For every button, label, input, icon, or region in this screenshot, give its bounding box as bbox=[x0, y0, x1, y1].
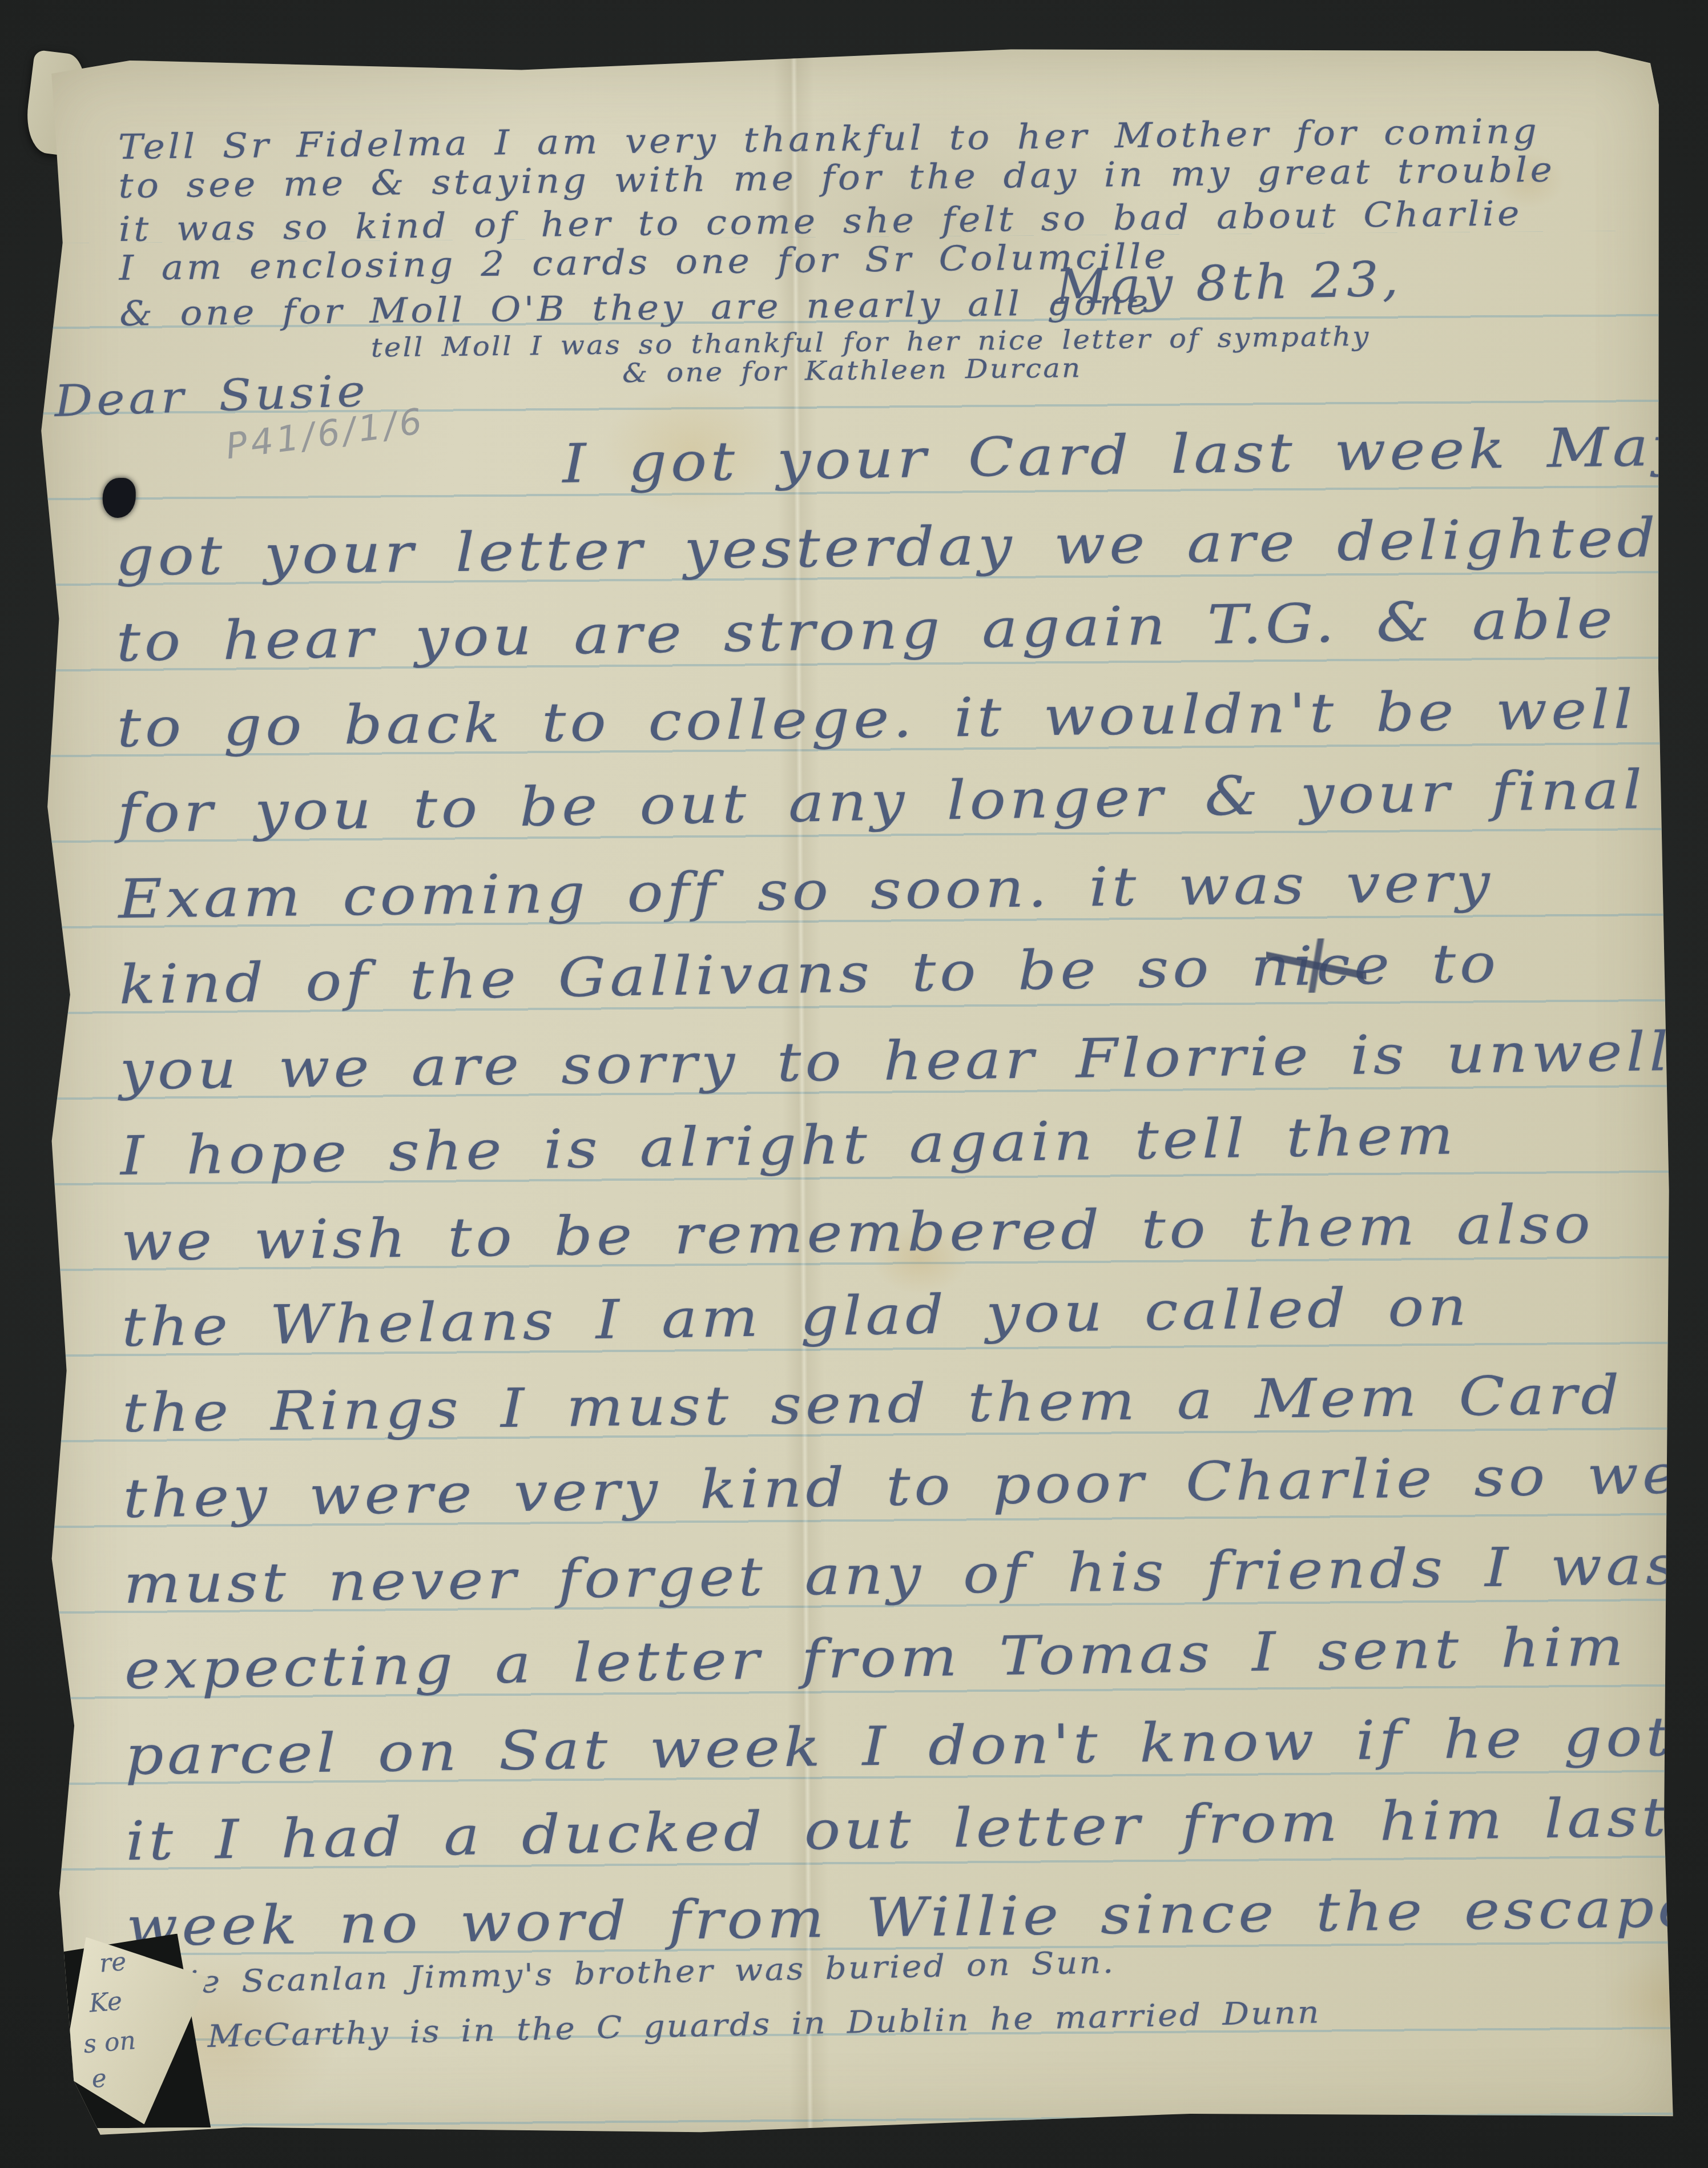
letter-body: I got your Card last week Maygot your le… bbox=[115, 417, 1656, 1999]
top-note-insert-2: & one for Kathleen Durcan bbox=[622, 352, 1082, 388]
fold-text-fragment: e bbox=[91, 2064, 108, 2094]
closing-line-2: n McCarthy is in the C guards in Dublin … bbox=[164, 1994, 1321, 2055]
fold-text-fragment: s on bbox=[82, 2026, 136, 2059]
fold-text-fragment: re bbox=[98, 1947, 127, 1978]
fold-text-fragment: Ke bbox=[88, 1986, 123, 2018]
photo-background: Tell Sr Fidelma I am very thankful to he… bbox=[0, 0, 1708, 2168]
letter-date: May 8th 23, bbox=[1055, 251, 1403, 315]
letter-paper: Tell Sr Fidelma I am very thankful to he… bbox=[32, 42, 1680, 2143]
